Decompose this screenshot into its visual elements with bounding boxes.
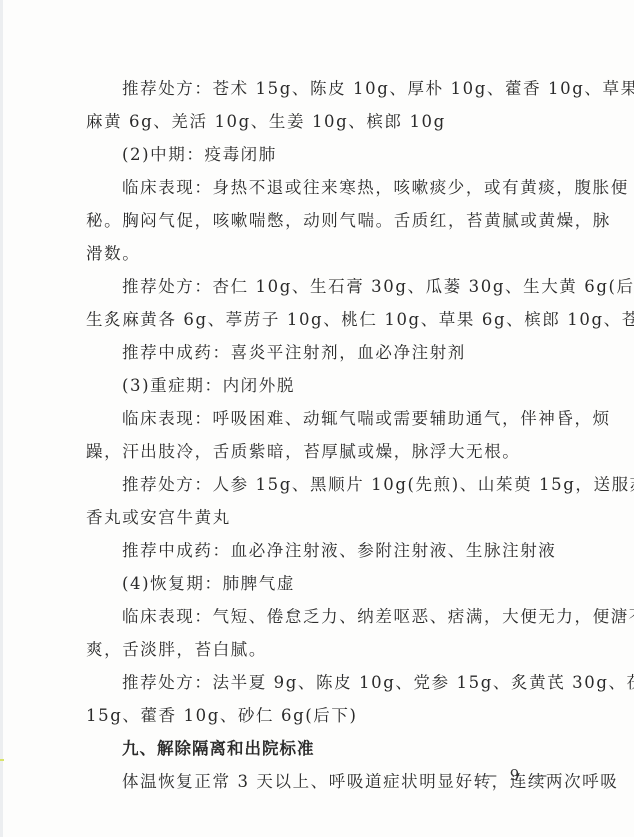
prescription-early-line-2: 麻黄 6g、羌活 10g、生姜 10g、槟郎 10g [86,105,558,138]
stage-3-symptoms-line-1: 临床表现：呼吸困难、动辄气喘或需要辅助通气，伴神昏，烦 [86,402,558,435]
page-edge [0,0,3,837]
document-body: 推荐处方：苍术 15g、陈皮 10g、厚朴 10g、藿香 10g、草果 6g、生… [86,72,558,798]
stage-4-symptoms-line-1: 临床表现：气短、倦怠乏力、纳差呕恶、痞满，大便无力，便溏不 [86,600,558,633]
stage-2-heading: (2)中期：疫毒闭肺 [86,138,558,171]
stage-2-prescription-line-1: 推荐处方：杏仁 10g、生石膏 30g、瓜蒌 30g、生大黄 6g(后下)、 [86,270,558,303]
page-number: — 9 — [482,766,551,784]
stage-2-symptoms-line-2: 秘。胸闷气促，咳嗽喘憋，动则气喘。舌质红，苔黄腻或黄燥，脉 [86,204,558,237]
stage-4-heading: (4)恢复期：肺脾气虚 [86,567,558,600]
stage-3-prescription-line-1: 推荐处方：人参 15g、黑顺片 10g(先煎)、山茱萸 15g，送服苏合 [86,468,558,501]
section-9-heading: 九、解除隔离和出院标准 [86,732,558,765]
stage-2-patent-medicine: 推荐中成药：喜炎平注射剂，血必净注射剂 [86,336,558,369]
stage-2-prescription-line-2: 生炙麻黄各 6g、葶苈子 10g、桃仁 10g、草果 6g、槟郎 10g、苍术 … [86,303,558,336]
stage-3-symptoms-line-2: 躁，汗出肢冷，舌质紫暗，苔厚腻或燥，脉浮大无根。 [86,435,558,468]
document-page: 推荐处方：苍术 15g、陈皮 10g、厚朴 10g、藿香 10g、草果 6g、生… [0,0,634,837]
stage-4-prescription-line-1: 推荐处方：法半夏 9g、陈皮 10g、党参 15g、炙黄芪 30g、茯苓 [86,666,558,699]
stage-4-prescription-line-2: 15g、藿香 10g、砂仁 6g(后下) [86,699,558,732]
prescription-early-line-1: 推荐处方：苍术 15g、陈皮 10g、厚朴 10g、藿香 10g、草果 6g、生 [86,72,558,105]
stage-2-symptoms-line-3: 滑数。 [86,237,558,270]
edge-mark [0,759,4,761]
stage-3-heading: (3)重症期：内闭外脱 [86,369,558,402]
stage-4-symptoms-line-2: 爽，舌淡胖，苔白腻。 [86,633,558,666]
stage-3-patent-medicine: 推荐中成药：血必净注射液、参附注射液、生脉注射液 [86,534,558,567]
stage-2-symptoms-line-1: 临床表现：身热不退或往来寒热，咳嗽痰少，或有黄痰，腹胀便 [86,171,558,204]
stage-3-prescription-line-2: 香丸或安宫牛黄丸 [86,501,558,534]
